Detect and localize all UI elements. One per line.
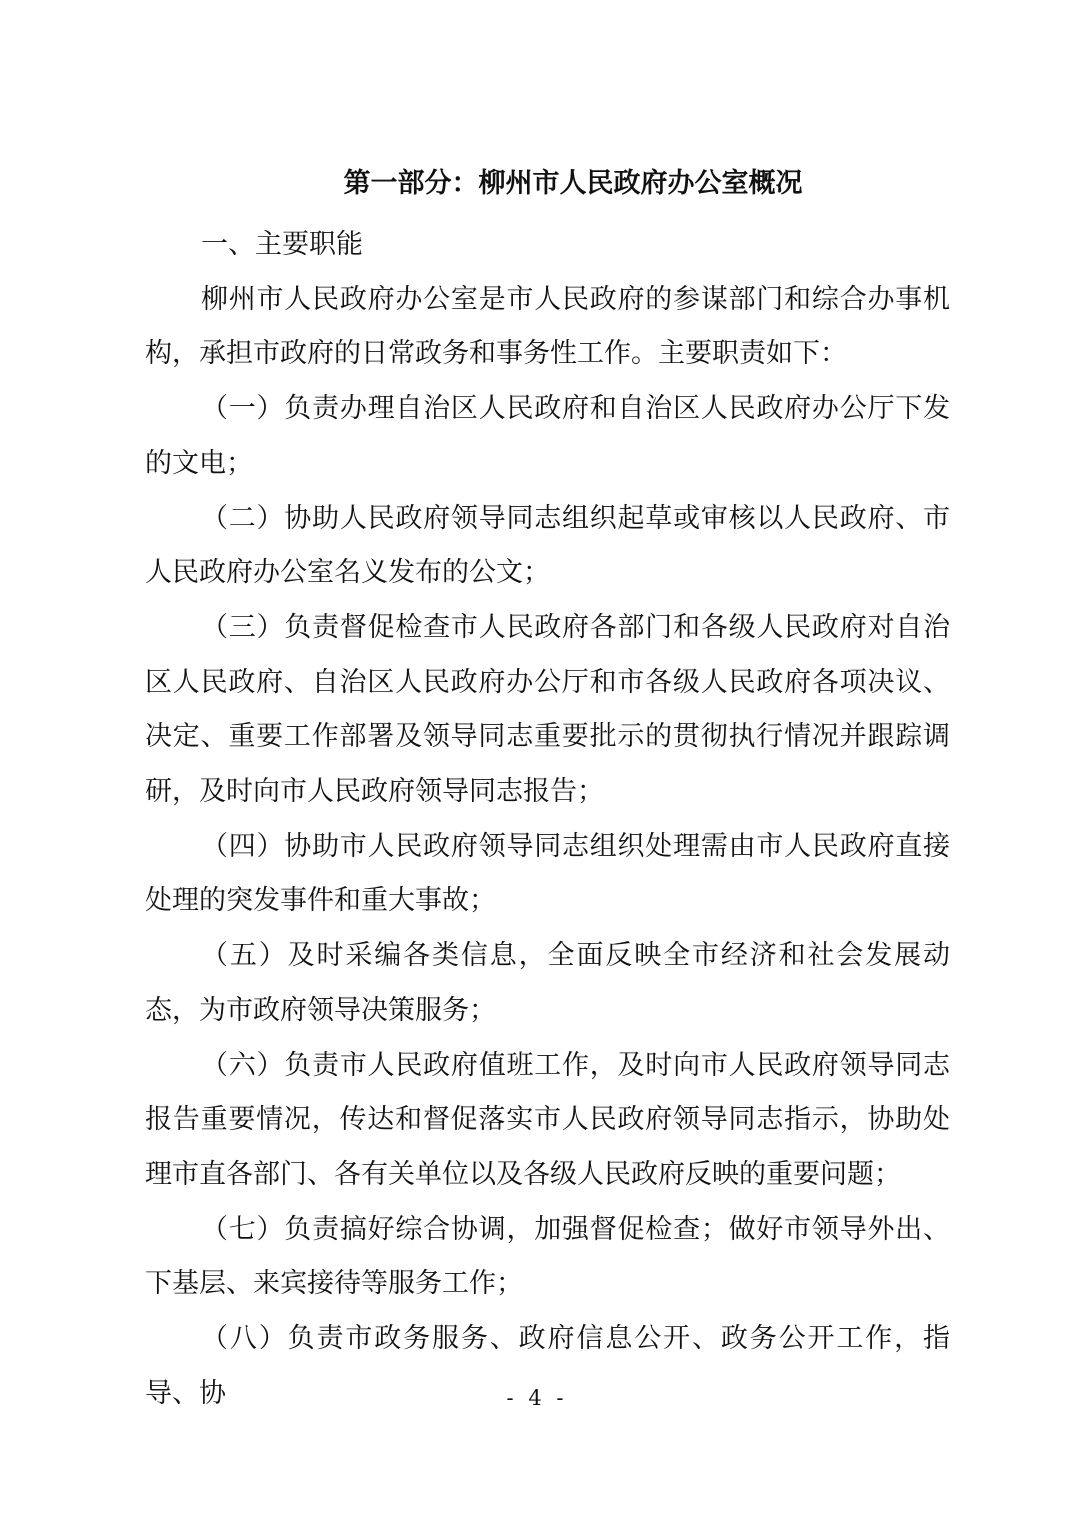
document-page: 第一部分：柳州市人民政府办公室概况 一、主要职能 柳州市人民政府办公室是市人民政… (0, 0, 1074, 1520)
duty-item-1: （一）负责办理自治区人民政府和自治区人民政府办公厅下发的文电； (145, 382, 950, 491)
duty-item-5: （五）及时采编各类信息，全面反映全市经济和社会发展动态，为市政府领导决策服务； (145, 929, 950, 1038)
section-heading: 一、主要职能 (145, 218, 950, 273)
duty-item-3: （三）负责督促检查市人民政府各部门和各级人民政府对自治区人民政府、自治区人民政府… (145, 601, 950, 820)
page-number: - 4 - (0, 1384, 1074, 1412)
duty-item-7: （七）负责搞好综合协调，加强督促检查；做好市领导外出、下基层、来宾接待等服务工作… (145, 1203, 950, 1312)
intro-paragraph: 柳州市人民政府办公室是市人民政府的参谋部门和综合办事机构，承担市政府的日常政务和… (145, 273, 950, 382)
document-title: 第一部分：柳州市人民政府办公室概况 (0, 166, 1074, 202)
document-body: 一、主要职能 柳州市人民政府办公室是市人民政府的参谋部门和综合办事机构，承担市政… (145, 218, 950, 1421)
duty-item-4: （四）协助市人民政府领导同志组织处理需由市人民政府直接处理的突发事件和重大事故； (145, 820, 950, 929)
duty-item-6: （六）负责市人民政府值班工作，及时向市人民政府领导同志报告重要情况，传达和督促落… (145, 1039, 950, 1203)
duty-item-2: （二）协助人民政府领导同志组织起草或审核以人民政府、市人民政府办公室名义发布的公… (145, 492, 950, 601)
